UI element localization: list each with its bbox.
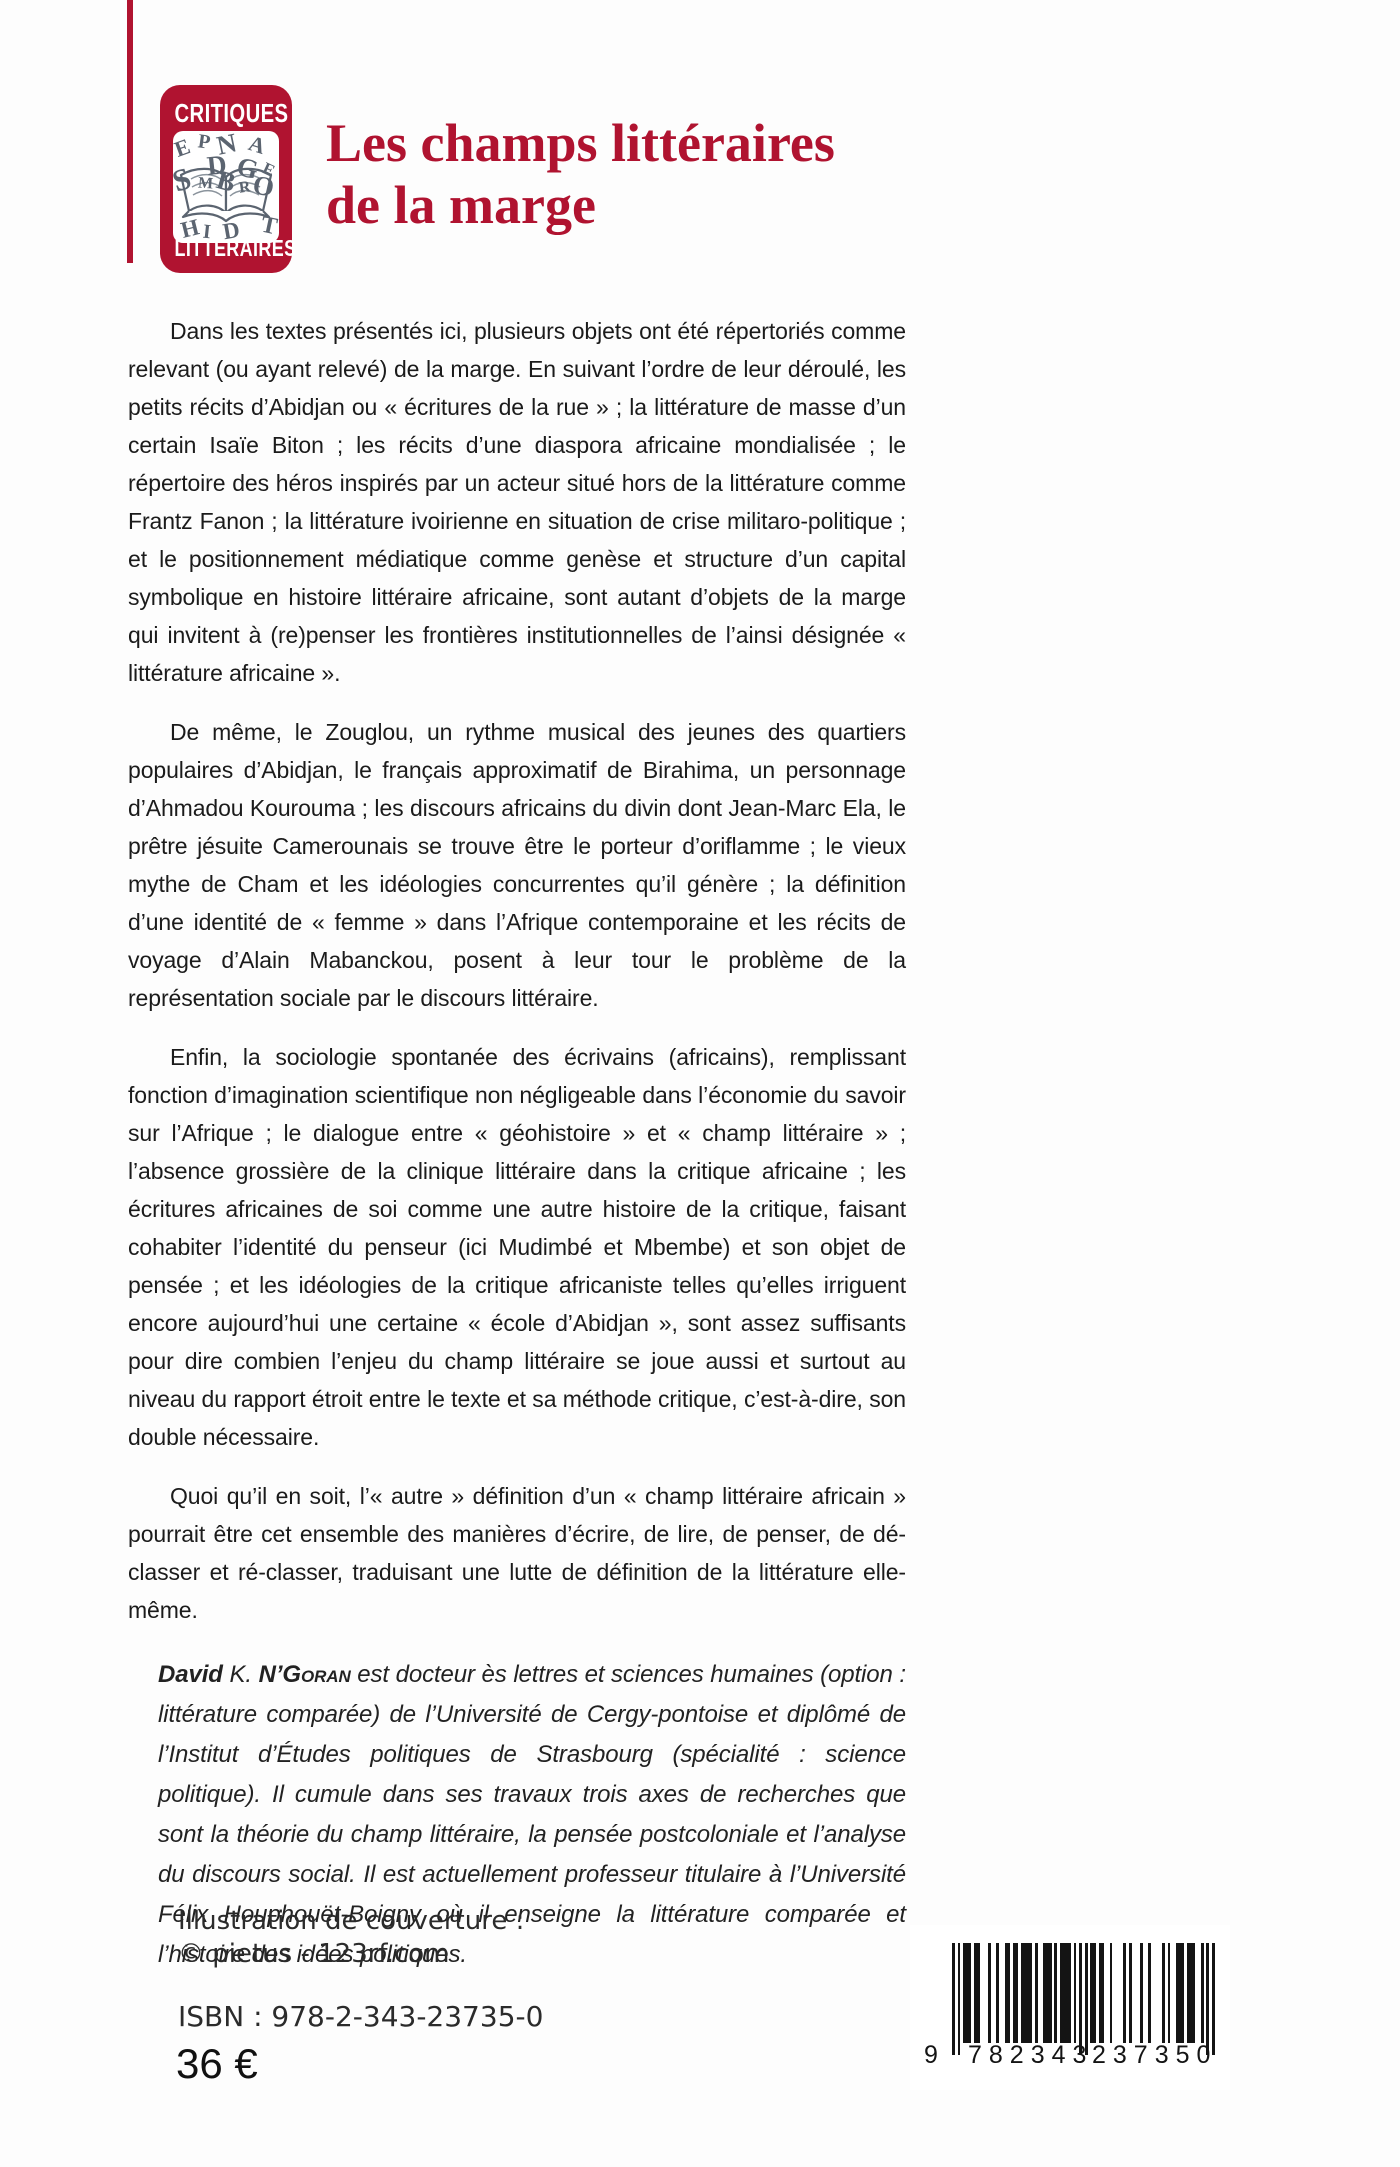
series-logo-panel: EPNADGESMBROHIDT (173, 131, 279, 243)
logo-letter: E (173, 135, 193, 161)
author-last-name: N’Goran (259, 1661, 351, 1688)
barcode-digits-right: 237350 (1092, 2041, 1217, 2070)
logo-letter: R (238, 179, 252, 196)
credit-line1: Illustration de couverture : (178, 1905, 524, 1938)
book-title: Les champs littéraires de la marge (326, 112, 835, 236)
barcode-module (1212, 1943, 1215, 2055)
back-cover-text: Dans les textes présentés ici, plusieurs… (128, 312, 906, 1975)
series-logo-bottom-label: LITTÉRAIRES (175, 235, 278, 262)
barcode-bars (952, 1943, 1216, 2057)
logo-letter: M (197, 175, 213, 192)
isbn-text: ISBN : 978-2-343-23735-0 (178, 2000, 543, 2033)
author-middle-initial: K. (229, 1661, 251, 1688)
series-logo: CRITIQUES EPNADGESMBROHIDT LITT (160, 85, 292, 273)
book-title-line2: de la marge (326, 174, 835, 236)
author-first-name: David (158, 1661, 223, 1688)
blurb-paragraph: Dans les textes présentés ici, plusieurs… (128, 312, 906, 692)
spine-red-rule (127, 0, 133, 263)
cover-illustration-credit: Illustration de couverture : © pietus - … (178, 1905, 524, 1971)
barcode-digit-first: 9 (924, 2041, 940, 2070)
blurb-paragraph: Quoi qu’il en soit, l’« autre » définiti… (128, 1477, 906, 1629)
series-logo-top-label: CRITIQUES (175, 98, 278, 129)
book-title-line1: Les champs littéraires (326, 112, 835, 174)
logo-letter: P (197, 131, 212, 153)
credit-line2: © pietus - 123rf.com (178, 1938, 524, 1971)
barcode-digits-left: 782343 (968, 2041, 1093, 2070)
blurb-paragraph: De même, le Zouglou, un rythme musical d… (128, 713, 906, 1017)
book-back-cover: CRITIQUES EPNADGESMBROHIDT LITT (0, 0, 1400, 2167)
blurb-paragraph: Enfin, la sociologie spontanée des écriv… (128, 1038, 906, 1456)
price-text: 36 € (176, 2040, 258, 2088)
ean13-barcode: 9 782343 237350 (910, 1925, 1230, 2090)
